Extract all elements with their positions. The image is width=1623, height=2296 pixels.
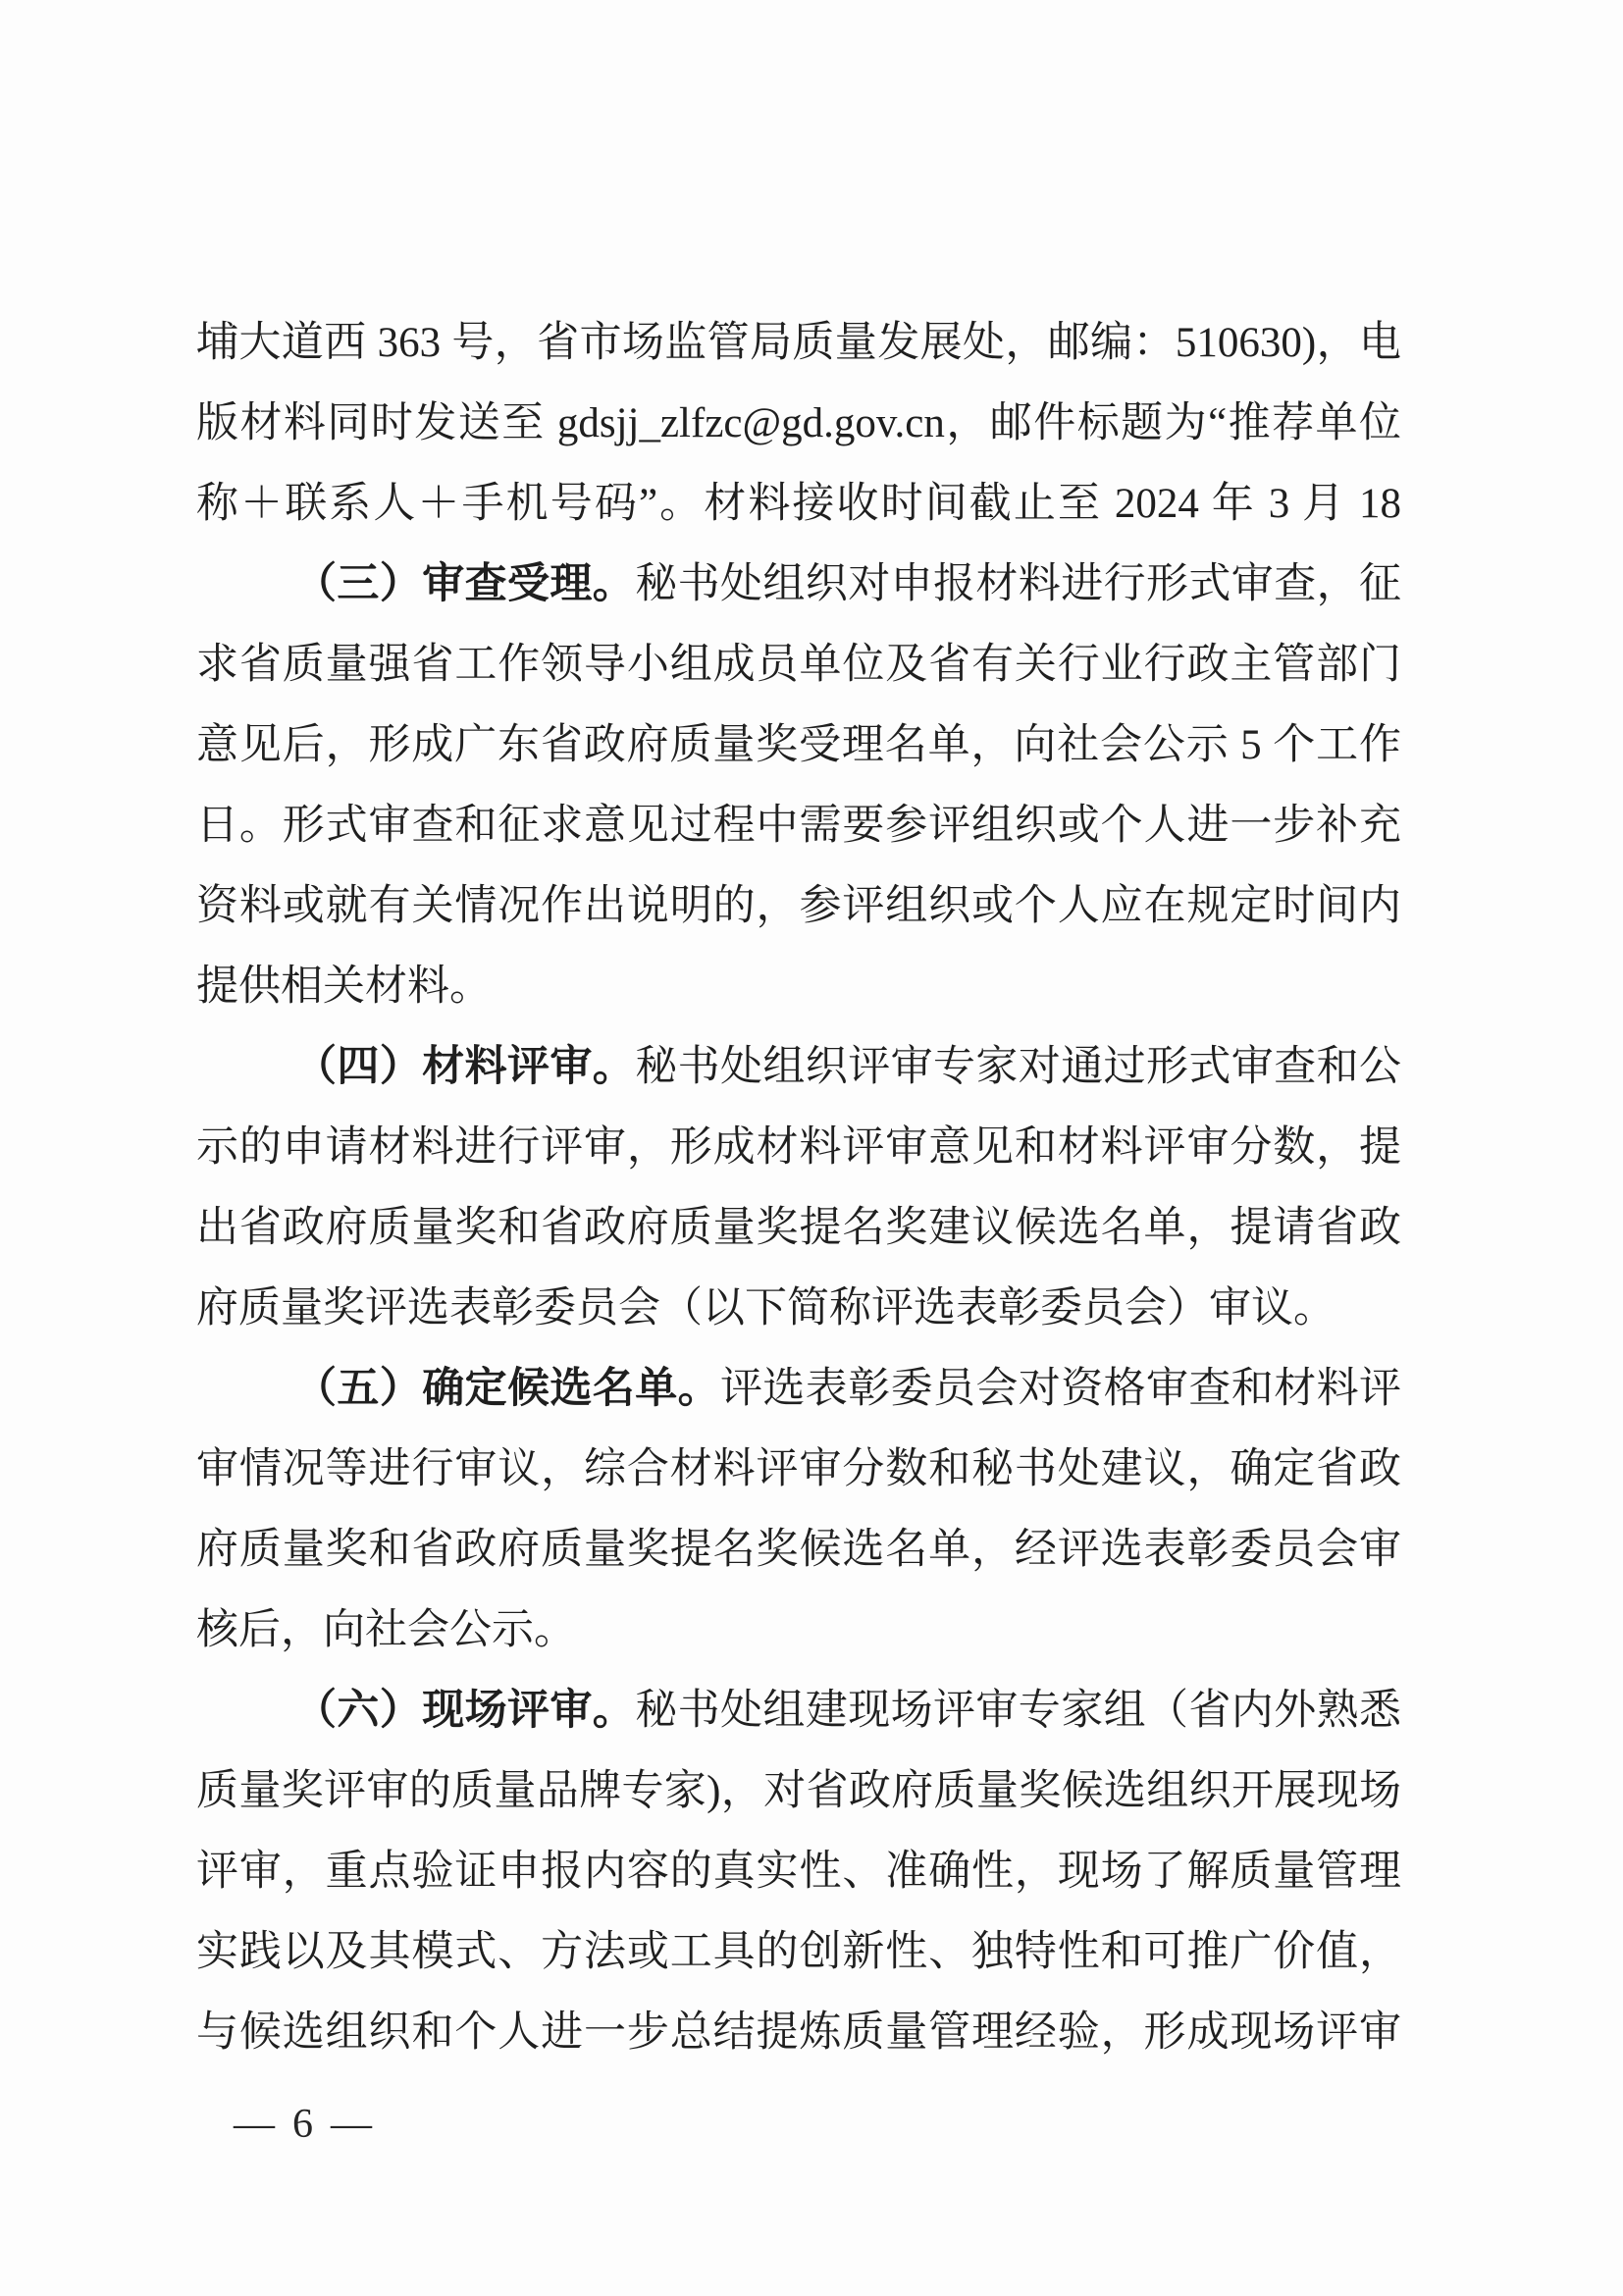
text-line: 质量奖评审的质量品牌专家)，对省政府质量奖候选组织开展现场 bbox=[196, 1751, 1401, 1832]
text-line: 版材料同时发送至 gdsjj_zlfzc@gd.gov.cn，邮件标题为“推荐单… bbox=[196, 384, 1401, 464]
page-number-dash-left: — bbox=[234, 2102, 275, 2147]
text-run: 秘书处组织对申报材料进行形式审查，征 bbox=[635, 561, 1401, 607]
section-heading: （五）确定候选名单。 bbox=[294, 1366, 720, 1412]
paragraph: （四）材料评审。秘书处组织评审专家对通过形式审查和公 示的申请材料进行评审，形成… bbox=[196, 1027, 1401, 1349]
text-line: 提供相关材料。 bbox=[196, 947, 1401, 1027]
paragraph: （三）审查受理。秘书处组织对申报材料进行形式审查，征 求省质量强省工作领导小组成… bbox=[196, 545, 1401, 1027]
paragraph: （六）现场评审。秘书处组建现场评审专家组（省内外熟悉 质量奖评审的质量品牌专家)… bbox=[196, 1671, 1401, 2073]
text-line: 称＋联系人＋手机号码”。材料接收时间截止至 2024 年 3 月 18 日。 bbox=[196, 464, 1401, 545]
text-line: 审情况等进行审议，综合材料评审分数和秘书处建议，确定省政 bbox=[196, 1430, 1401, 1510]
page-number-value: 6 bbox=[292, 2102, 313, 2147]
paragraph: 埔大道西 363 号，省市场监管局质量发展处，邮编：510630)，电子 版材料… bbox=[196, 303, 1401, 545]
text-line: 出省政府质量奖和省政府质量奖提名奖建议候选名单，提请省政 bbox=[196, 1188, 1401, 1269]
text-run: 秘书处组建现场评审专家组（省内外熟悉 bbox=[635, 1688, 1401, 1734]
text-run: 评选表彰委员会对资格审查和材料评 bbox=[720, 1366, 1401, 1412]
text-line: 府质量奖评选表彰委员会（以下简称评选表彰委员会）审议。 bbox=[196, 1269, 1401, 1349]
text-line: 评审，重点验证申报内容的真实性、准确性，现场了解质量管理 bbox=[196, 1832, 1401, 1912]
section-heading: （四）材料评审。 bbox=[294, 1044, 635, 1090]
text-line: （四）材料评审。秘书处组织评审专家对通过形式审查和公 bbox=[196, 1027, 1401, 1108]
document-page: 埔大道西 363 号，省市场监管局质量发展处，邮编：510630)，电子 版材料… bbox=[0, 0, 1623, 2296]
text-line: 资料或就有关情况作出说明的，参评组织或个人应在规定时间内 bbox=[196, 866, 1401, 947]
text-line: （五）确定候选名单。评选表彰委员会对资格审查和材料评 bbox=[196, 1349, 1401, 1430]
text-line: 日。形式审查和征求意见过程中需要参评组织或个人进一步补充 bbox=[196, 786, 1401, 866]
text-line: （三）审查受理。秘书处组织对申报材料进行形式审查，征 bbox=[196, 545, 1401, 625]
text-line: 求省质量强省工作领导小组成员单位及省有关行业行政主管部门 bbox=[196, 625, 1401, 705]
page-number: — 6 — bbox=[234, 2102, 372, 2147]
text-run: 秘书处组织评审专家对通过形式审查和公 bbox=[635, 1044, 1401, 1090]
text-line: 实践以及其模式、方法或工具的创新性、独特性和可推广价值， bbox=[196, 1912, 1401, 1993]
text-line: 与候选组织和个人进一步总结提炼质量管理经验，形成现场评审 bbox=[196, 1993, 1401, 2073]
text-line: 核后，向社会公示。 bbox=[196, 1591, 1401, 1671]
section-heading: （六）现场评审。 bbox=[294, 1688, 635, 1734]
text-line: 意见后，形成广东省政府质量奖受理名单，向社会公示 5 个工作 bbox=[196, 705, 1401, 786]
text-line: 示的申请材料进行评审，形成材料评审意见和材料评审分数，提 bbox=[196, 1108, 1401, 1188]
text-line: 府质量奖和省政府质量奖提名奖候选名单，经评选表彰委员会审 bbox=[196, 1510, 1401, 1591]
document-body: 埔大道西 363 号，省市场监管局质量发展处，邮编：510630)，电子 版材料… bbox=[196, 303, 1401, 2073]
section-heading: （三）审查受理。 bbox=[294, 561, 635, 607]
paragraph: （五）确定候选名单。评选表彰委员会对资格审查和材料评 审情况等进行审议，综合材料… bbox=[196, 1349, 1401, 1671]
text-line: 埔大道西 363 号，省市场监管局质量发展处，邮编：510630)，电子 bbox=[196, 303, 1401, 384]
text-line: （六）现场评审。秘书处组建现场评审专家组（省内外熟悉 bbox=[196, 1671, 1401, 1751]
page-number-dash-right: — bbox=[331, 2102, 372, 2147]
